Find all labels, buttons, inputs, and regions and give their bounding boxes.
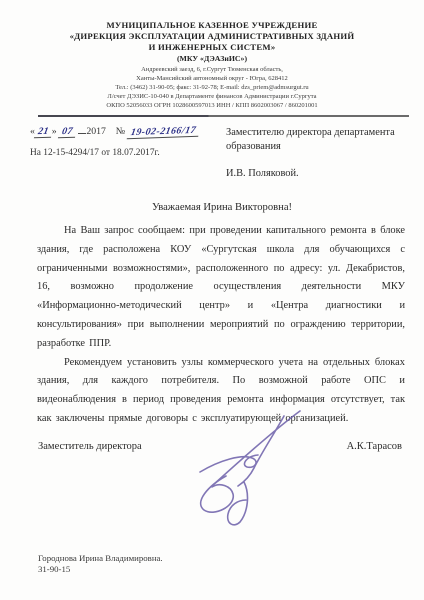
org-contacts-line: Тел.: (3462) 31-90-05; факс: 31-92-78; E… xyxy=(0,84,424,93)
signer-name: А.К.Тарасов xyxy=(347,441,402,452)
scanned-letter-document: МУНИЦИПАЛЬНОЕ КАЗЕННОЕ УЧРЕЖДЕНИЕ «ДИРЕК… xyxy=(0,0,424,600)
org-address-line-2: Ханты-Мансийский автономный округ - Югра… xyxy=(0,75,424,84)
letter-body: На Ваш запрос сообщаем: при проведении к… xyxy=(37,222,405,429)
org-codes-line: ОКПО 52056033 ОГРН 1028600597013 ИНН / К… xyxy=(0,102,424,111)
org-name-line-2: «ДИРЕКЦИЯ ЭКСПЛУАТАЦИИ АДМИНИСТРАТИВНЫХ … xyxy=(0,31,424,42)
signoff-row: Заместитель директора А.К.Тарасов xyxy=(38,441,402,452)
handwritten-outgoing-number: 19-02-2166/17 xyxy=(126,125,199,139)
date-year: 2017 xyxy=(86,126,106,137)
recipient-position: Заместителю директора департамента образ… xyxy=(226,126,410,154)
executor-name: Городнова Ирина Владимировна. xyxy=(38,553,163,564)
handwritten-day: 21 xyxy=(34,126,53,139)
executor-block: Городнова Ирина Владимировна. 31-90-15 xyxy=(38,553,163,575)
number-sign: № xyxy=(116,126,125,137)
salutation: Уважаемая Ирина Викторовна! xyxy=(38,202,406,213)
org-short-name: (МКУ «ДЭАЗиИС») xyxy=(0,54,424,64)
handwritten-month: 07 xyxy=(58,126,77,139)
date-number-block: «21» 07 2017 № 19-02-2166/17 На 12-15-42… xyxy=(30,126,222,181)
body-paragraph-1: На Ваш запрос сообщаем: при проведении к… xyxy=(37,222,405,354)
org-name-line-1: МУНИЦИПАЛЬНОЕ КАЗЕННОЕ УЧРЕЖДЕНИЕ xyxy=(0,20,424,31)
date-line: «21» 07 2017 № 19-02-2166/17 xyxy=(30,126,222,138)
incoming-reference-line: На 12-15-4294/17 от 18.07.2017г. xyxy=(30,148,222,158)
org-account-line: Л/счет ДЭЗИС-10-040 в Департаменте финан… xyxy=(0,93,424,102)
org-address-line-1: Андреевский заезд, 6, г.Сургут Тюменская… xyxy=(0,66,424,75)
org-name-line-3: И ИНЖЕНЕРНЫХ СИСТЕМ» xyxy=(0,42,424,53)
executor-phone: 31-90-15 xyxy=(38,564,163,575)
signer-position: Заместитель директора xyxy=(38,441,142,452)
recipient-block: Заместителю директора департамента образ… xyxy=(226,126,410,181)
recipient-name: И.В. Поляковой. xyxy=(226,167,410,181)
body-paragraph-2: Рекомендуем установить узлы коммерческог… xyxy=(37,354,405,429)
letterhead-divider xyxy=(38,115,409,117)
meta-row: «21» 07 2017 № 19-02-2166/17 На 12-15-42… xyxy=(30,126,410,181)
letterhead: МУНИЦИПАЛЬНОЕ КАЗЕННОЕ УЧРЕЖДЕНИЕ «ДИРЕК… xyxy=(0,20,424,111)
